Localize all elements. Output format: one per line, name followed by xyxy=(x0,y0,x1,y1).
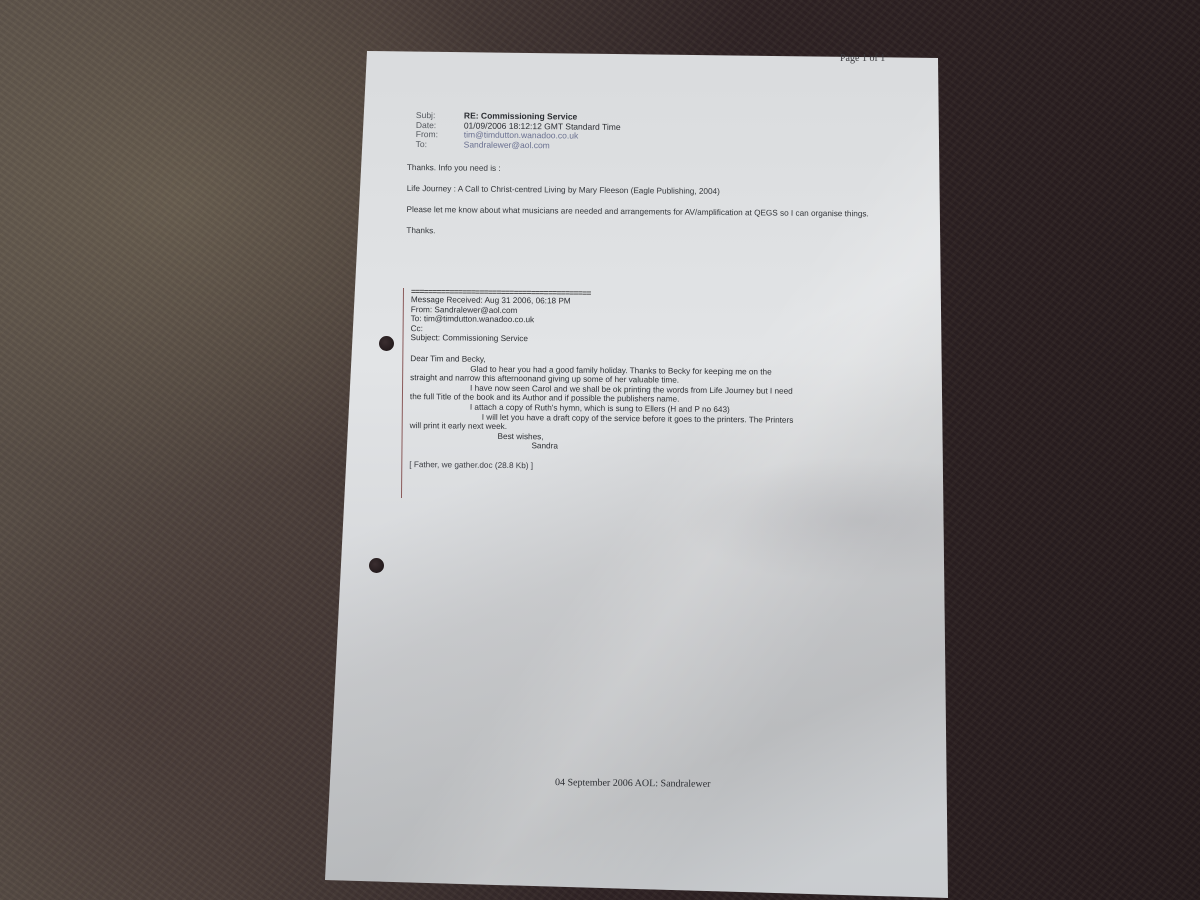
body-paragraph: Life Journey : A Call to Christ-centred … xyxy=(407,184,927,199)
quoted-message: ========================================… xyxy=(401,288,911,503)
quoted-letter: Dear Tim and Becky, Glad to hear you had… xyxy=(409,354,910,455)
email-header: Subj: RE: Commissioning Service Date: 01… xyxy=(416,111,621,151)
to-label: To: xyxy=(416,140,464,150)
printed-email: Page 1 of 1 Subj: RE: Commissioning Serv… xyxy=(0,0,1200,900)
punch-hole xyxy=(369,558,384,573)
quoted-meta: Message Received: Aug 31 2006, 06:18 PM … xyxy=(410,295,910,348)
print-footer: 04 September 2006 AOL: Sandralewer xyxy=(555,777,711,790)
email-body: Thanks. Info you need is : Life Journey … xyxy=(406,163,927,252)
to-value: Sandralewer@aol.com xyxy=(464,140,550,150)
body-paragraph: Please let me know about what musicians … xyxy=(407,205,927,220)
punch-hole xyxy=(379,336,394,351)
body-paragraph: Thanks. Info you need is : xyxy=(407,163,927,178)
attachment-link: [ Father, we gather.doc (28.8 Kb) ] xyxy=(409,460,909,474)
body-paragraph: Thanks. xyxy=(406,226,926,241)
page-number: Page 1 of 1 xyxy=(840,53,885,64)
